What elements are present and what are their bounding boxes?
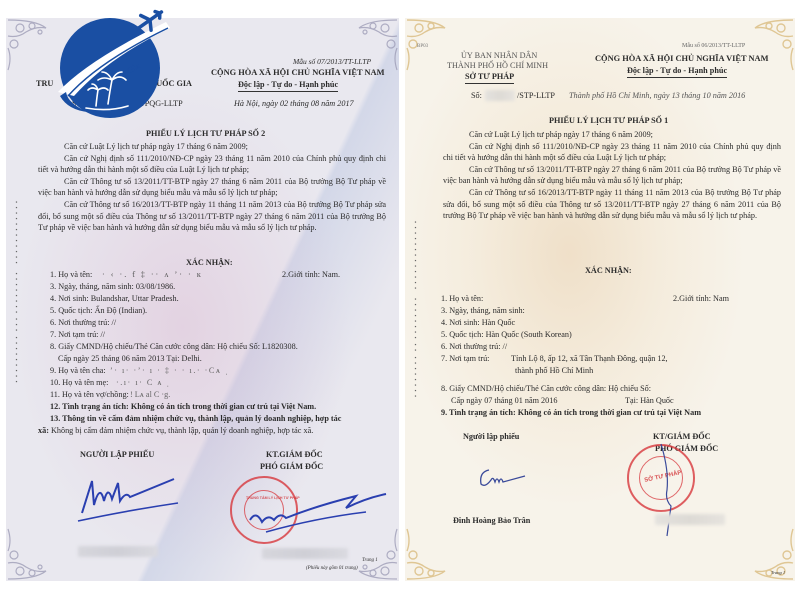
field-prohibition-value: xã: Không bị cấm đảm nhiệm chức vụ, thàn… [38,426,313,436]
confirm-heading: XÁC NHẬN: [186,258,233,268]
redacted-signer-name [655,514,725,525]
field-id-issue-date: Cấp ngày 07 tháng 01 năm 2016 [451,396,557,406]
field-gender: 2.Giới tính: Nam [673,294,729,304]
field-full-name: 1. Họ và tên: [50,270,92,280]
field-nationality: 5. Quốc tịch: Ấn Độ (Indian). [50,306,147,316]
ornament-corner [405,526,475,581]
field-id-issue-place: Tại: Hàn Quốc [625,396,674,406]
place-and-date: Thành phố Hồ Chí Minh, ngày 13 tháng 10 … [569,91,745,101]
field-id-document: 8. Giấy CMND/Hộ chiếu/Thẻ Căn cước công … [441,384,651,394]
preparer-name: Đinh Hoàng Bảo Trân [453,516,530,526]
national-motto: Độc lập - Tự do - Hạnh phúc [238,80,338,92]
issuer-line3: SỞ TƯ PHÁP [465,72,514,84]
preparer-label: NGƯỜI LẬP PHIẾU [80,450,154,460]
field-criminal-status: 9. Tình trạng án tích: Không có án tích … [441,408,701,418]
field-dob: 3. Ngày, tháng, năm sinh: 03/08/1986. [50,282,175,292]
document-number-suffix: /STP-LLTP [517,91,555,101]
code-small: BP03 [417,42,428,52]
criminal-record-certificate-no1: ▪▪▪▪▪▪▪▪ ▪▪ ▪▪▪▪▪▪▪▪ ▪▪▪▪▪▪▪▪▪▪▪▪▪ BP03 … [405,18,795,581]
field-prohibition-info: 13. Thông tin về cấm đảm nhiệm chức vụ, … [50,414,341,424]
page-number: Trang 1 [362,556,378,566]
field-spouse-name: 11. Họ và tên vợ/chồng: [50,390,129,400]
field-temporary-address: 7. Nơi tạm trú: [441,354,489,364]
issuer-line1: ỦY BAN NHÂN DÂN [461,51,537,61]
vertical-serial-text: ▪▪▪▪▪▪▪▪▪ ▪▪▪ ▪▪▪▪▪▪▪▪ ▪▪▪▪▪▪▪▪▪▪▪▪ [14,198,19,383]
legal-basis: Căn cứ Luật Lý lịch tư pháp ngày 17 thán… [443,129,781,222]
republic-heading: CỘNG HÒA XÃ HỘI CHỦ NGHĨA VIỆT NAM [211,68,385,78]
issuer-line2: THÀNH PHỐ HỒ CHÍ MINH [447,61,548,71]
field-temporary-address: 7. Nơi tạm trú: // [50,330,105,340]
redacted-spouse: ! Lᴀ al C ·g. [130,390,170,400]
redacted-preparer-name [78,546,158,557]
temporary-address-line1: Tỉnh Lộ 8, ấp 12, xã Tân Thạnh Đông, quậ… [511,354,668,364]
signer-title: KT.GIÁM ĐỐC [266,450,323,460]
confirm-heading: XÁC NHẬN: [585,266,632,276]
national-motto: Độc lập - Tự do - Hạnh phúc [627,66,727,78]
signer-subtitle: PHÓ GIÁM ĐỐC [260,462,323,472]
redacted-number [485,90,515,101]
ornament-corner [6,526,76,581]
director-signature [246,488,396,548]
field-permanent-address: 6. Nơi thường trú: // [50,318,116,328]
preparer-signature [74,473,184,523]
field-dob: 3. Ngày, tháng, năm sinh: [441,306,525,316]
legal-basis: Căn cứ Luật Lý lịch tư pháp ngày 17 thán… [38,141,386,234]
document-title: PHIẾU LÝ LỊCH TƯ PHÁP SỐ 2 [146,129,265,139]
van-phat-gia-logo: Van Phat Gia [48,0,178,120]
preparer-signature [475,462,535,492]
page-count-note: (Phiếu này gồm 01 trang) [306,564,358,574]
field-birthplace: 4. Nơi sinh: Hàn Quốc [441,318,515,328]
form-code: Mẫu số 07/2013/TT-LLTP [293,57,371,67]
field-full-name: 1. Họ và tên: [441,294,483,304]
page-number: Trang 1 [771,568,785,578]
field-nationality: 5. Quốc tịch: Hàn Quốc (South Korean) [441,330,572,340]
field-mother-name: 10. Họ và tên mẹ: [50,378,108,388]
vertical-serial-text: ▪▪▪▪▪▪▪▪ ▪▪ ▪▪▪▪▪▪▪▪ ▪▪▪▪▪▪▪▪▪▪▪▪▪ [413,218,418,397]
document-title: PHIẾU LÝ LỊCH TƯ PHÁP SỐ 1 [549,116,668,126]
redacted-signer-name [262,548,348,559]
republic-heading: CỘNG HÒA XÃ HỘI CHỦ NGHĨA VIỆT NAM [595,54,769,64]
field-gender: 2.Giới tính: Nam. [282,270,340,280]
place-and-date: Hà Nội, ngày 02 tháng 08 năm 2017 [234,99,354,109]
form-code: Mẫu số 06/2013/TT-LLTP [682,41,745,51]
director-signature [655,440,685,540]
field-id-issue: Cấp ngày 25 tháng 06 năm 2013 Tại: Delhi… [58,354,202,364]
preparer-label: Người lập phiếu [463,432,519,442]
redacted-name: · ‹ ·. ƭ ‡ ·· ʌ ʼ· · ĸ [102,270,203,280]
field-birthplace: 4. Nơi sinh: Bulandshar, Uttar Pradesh. [50,294,179,304]
redacted-father: ʼ· ı· ·ʼ· ı · ‡ · · ı.· ·Cᴀ ˌ [110,366,229,376]
field-id-document: 8. Giấy CMND/Hộ chiếu/Thẻ Căn cước công … [50,342,298,352]
field-permanent-address: 6. Nơi thường trú: // [441,342,507,352]
redacted-mother: ·.ı· ı· C ᴀ ˌ [116,378,171,388]
document-number: Số: [471,91,482,101]
airplane-globe-palm-logo-icon: Van Phat Gia [48,0,178,120]
field-father-name: 9. Họ và tên cha: [50,366,106,376]
field-criminal-status: 12. Tình trạng án tích: Không có án tích… [50,402,316,412]
temporary-address-line2: thành phố Hồ Chí Minh [515,366,593,376]
